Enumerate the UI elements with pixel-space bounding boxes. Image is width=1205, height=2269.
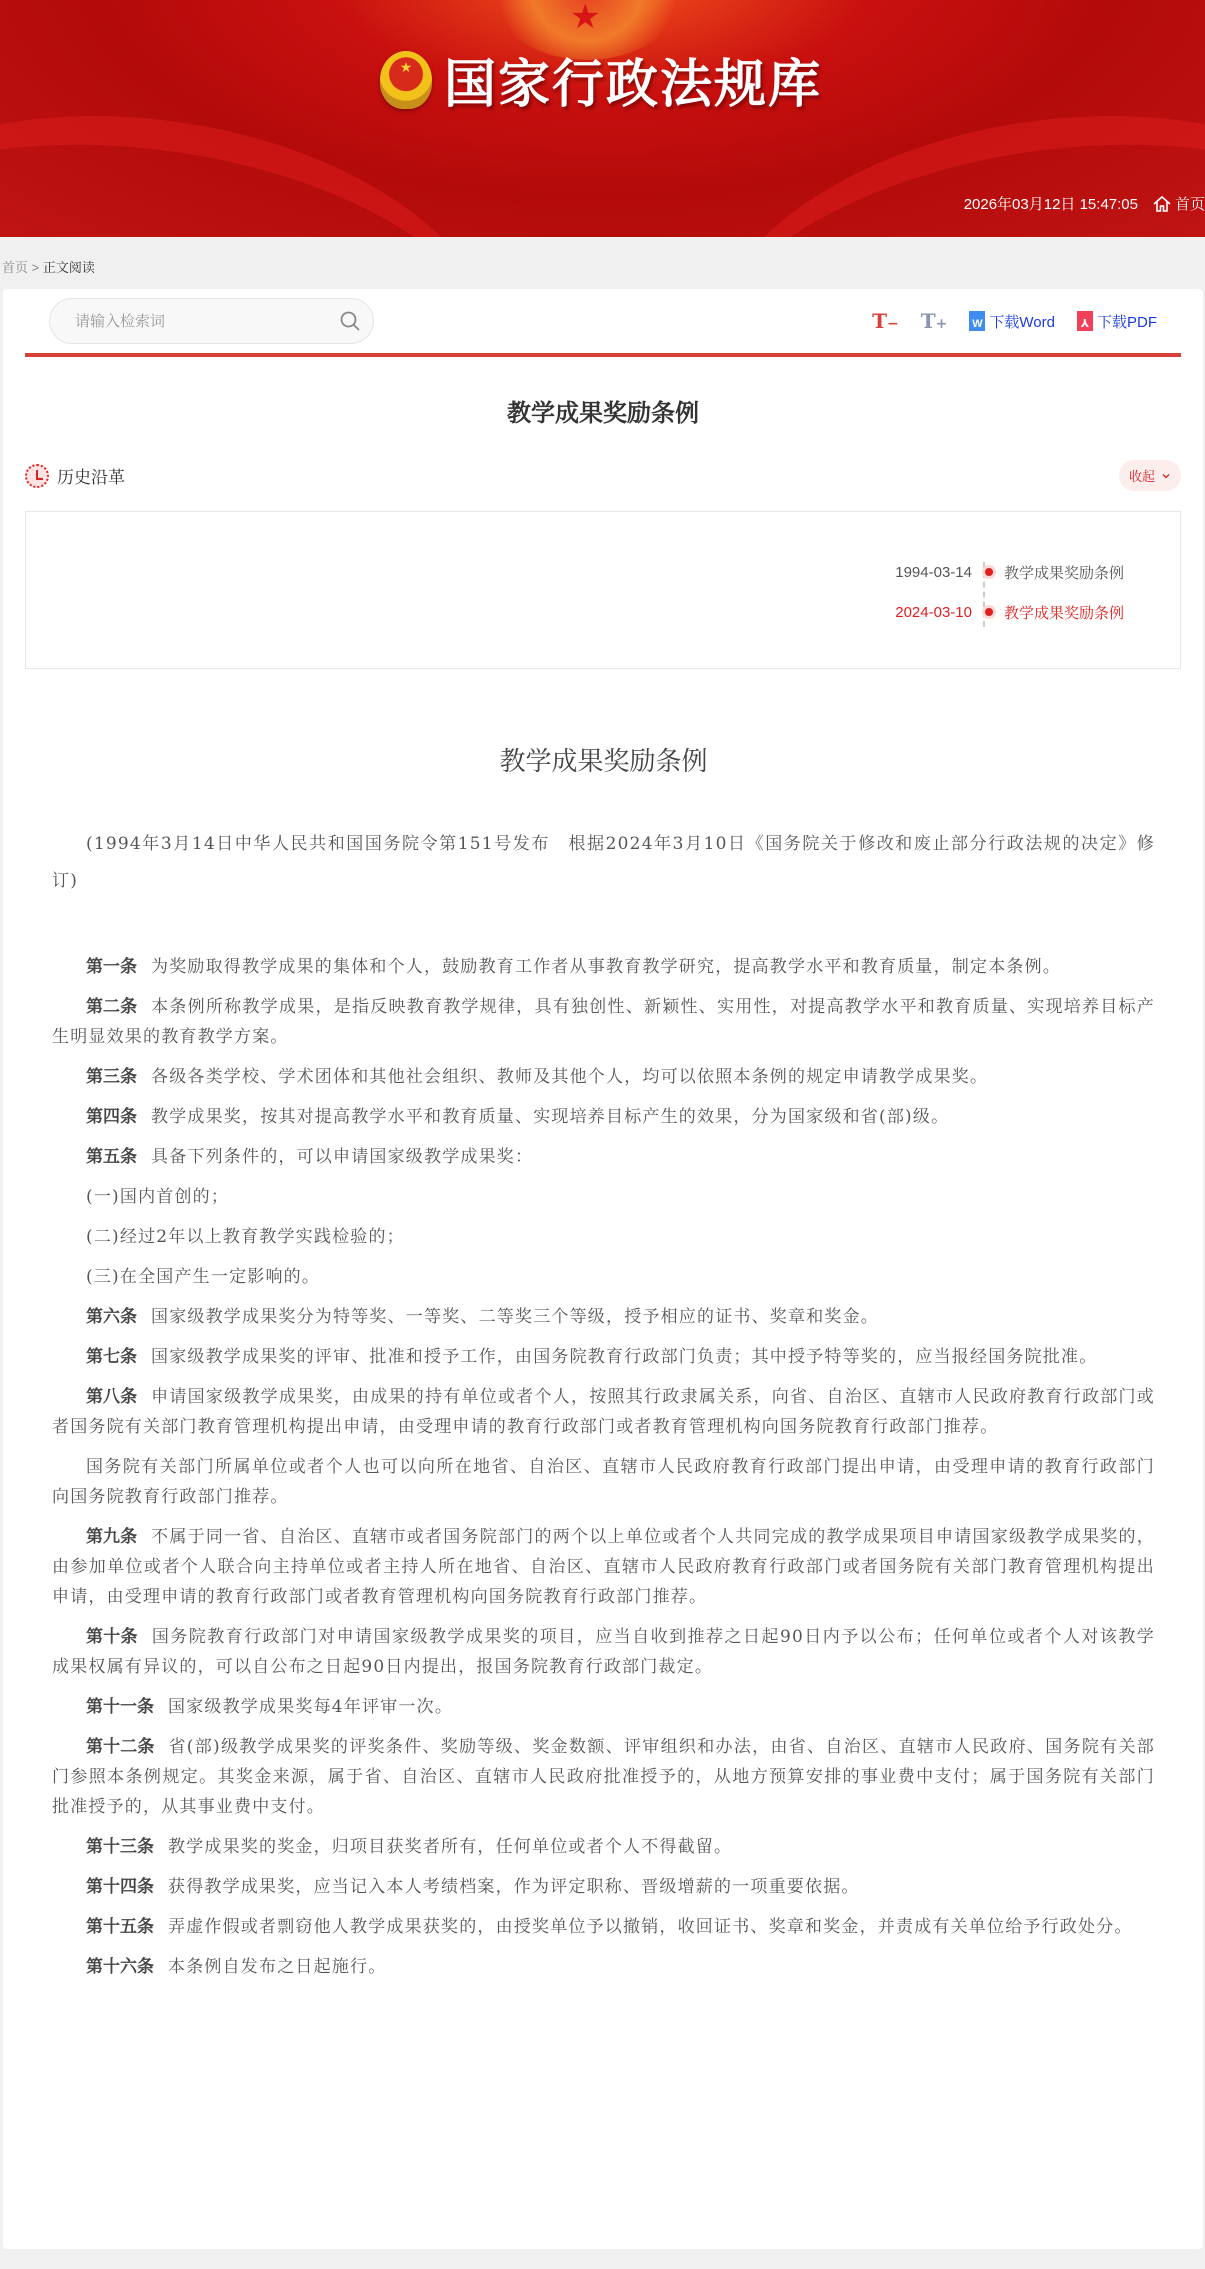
- document-paragraph: 第六条国家级教学成果奖分为特等奖、一等奖、二等奖三个等级，授予相应的证书、奖章和…: [52, 1302, 1155, 1332]
- article-text: 不属于同一省、自治区、直辖市或者国务院部门的两个以上单位或者个人共同完成的教学成…: [52, 1527, 1155, 1607]
- document-body: 第一条为奖励取得教学成果的集体和个人，鼓励教育工作者从事教育教学研究，提高教学水…: [52, 952, 1155, 1982]
- article-text: (二)经过2年以上教育教学实践检验的；: [86, 1227, 405, 1247]
- document-paragraph: (三)在全国产生一定影响的。: [52, 1262, 1155, 1292]
- history-timeline-panel: 1994-03-14 教学成果奖励条例 2024-03-10 教学成果奖励条例: [25, 511, 1181, 669]
- article-number: 第十一条: [86, 1697, 154, 1717]
- document-title: 教学成果奖励条例: [52, 741, 1155, 778]
- download-word-button[interactable]: W 下载Word: [969, 311, 1055, 332]
- article-text: 获得教学成果奖，应当记入本人考绩档案，作为评定职称、晋级增薪的一项重要依据。: [168, 1877, 860, 1897]
- article-text: 国家级教学成果奖每4年评审一次。: [168, 1697, 453, 1717]
- document-paragraph: 第九条不属于同一省、自治区、直辖市或者国务院部门的两个以上单位或者个人共同完成的…: [52, 1522, 1155, 1612]
- timeline-version-link[interactable]: 教学成果奖励条例: [1004, 602, 1124, 623]
- article-text: 弄虚作假或者剽窃他人教学成果获奖的，由授奖单位予以撤销，收回证书、奖章和奖金，并…: [168, 1917, 1133, 1937]
- article-number: 第十条: [86, 1627, 138, 1647]
- timeline-dot-icon: [982, 565, 996, 579]
- article-number: 第三条: [86, 1067, 137, 1087]
- document-paragraph: 第四条教学成果奖，按其对提高教学水平和教育质量、实现培养目标产生的效果，分为国家…: [52, 1102, 1155, 1132]
- reader-tools: T− T+ W 下载Word ⅄ 下载PDF: [872, 309, 1157, 333]
- article-number: 第四条: [86, 1107, 137, 1127]
- document-paragraph: 第三条各级各类学校、学术团体和其他社会组织、教师及其他个人，均可以依照本条例的规…: [52, 1062, 1155, 1092]
- site-title: 国家行政法规库: [444, 42, 822, 117]
- home-link-label: 首页: [1175, 193, 1205, 214]
- document-paragraph: 第十六条本条例自发布之日起施行。: [52, 1952, 1155, 1982]
- national-emblem-icon: ★: [380, 51, 432, 109]
- article-number: 第八条: [86, 1387, 137, 1407]
- home-link[interactable]: 首页: [1152, 193, 1205, 214]
- article-number: 第一条: [86, 957, 137, 977]
- document-paragraph: (二)经过2年以上教育教学实践检验的；: [52, 1222, 1155, 1252]
- download-pdf-button[interactable]: ⅄ 下载PDF: [1077, 311, 1157, 332]
- history-timeline: 1994-03-14 教学成果奖励条例 2024-03-10 教学成果奖励条例: [882, 552, 1124, 632]
- document-paragraph: 第一条为奖励取得教学成果的集体和个人，鼓励教育工作者从事教育教学研究，提高教学水…: [52, 952, 1155, 982]
- document-paragraph: 第五条具备下列条件的，可以申请国家级教学成果奖：: [52, 1142, 1155, 1172]
- article-text: 国务院有关部门所属单位或者个人也可以向所在地省、自治区、直辖市人民政府教育行政部…: [52, 1457, 1155, 1507]
- search-icon[interactable]: [339, 310, 361, 332]
- article-text: 国家级教学成果奖的评审、批准和授予工作，由国务院教育行政部门负责；其中授予特等奖…: [151, 1347, 1097, 1367]
- content-card: T− T+ W 下载Word ⅄ 下载PDF 教学成果奖励条例 历史沿革 收起: [3, 289, 1203, 2249]
- article-text: 国务院教育行政部门对申请国家级教学成果奖的项目，应当自收到推荐之日起90日内予以…: [52, 1627, 1155, 1677]
- article-text: 各级各类学校、学术团体和其他社会组织、教师及其他个人，均可以依照本条例的规定申请…: [151, 1067, 988, 1087]
- article-text: (三)在全国产生一定影响的。: [86, 1267, 320, 1287]
- document-paragraph: 第十三条教学成果奖的奖金，归项目获奖者所有，任何单位或者个人不得截留。: [52, 1832, 1155, 1862]
- search-box: [49, 298, 374, 344]
- breadcrumb: 首页 > 正文阅读: [0, 237, 1205, 289]
- timeline-dot-icon: [982, 605, 996, 619]
- article-number: 第七条: [86, 1347, 137, 1367]
- article-text: 本条例所称教学成果，是指反映教育教学规律，具有独创性、新颖性、实用性，对提高教学…: [52, 997, 1155, 1047]
- download-pdf-label: 下载PDF: [1097, 311, 1157, 332]
- document-paragraph: 第十条国务院教育行政部门对申请国家级教学成果奖的项目，应当自收到推荐之日起90日…: [52, 1622, 1155, 1682]
- word-file-icon: W: [969, 311, 985, 331]
- download-word-label: 下载Word: [989, 311, 1055, 332]
- article-text: 省(部)级教学成果奖的评奖条件、奖励等级、奖金数额、评审组织和办法，由省、自治区…: [52, 1737, 1155, 1817]
- document-paragraph: 第十一条国家级教学成果奖每4年评审一次。: [52, 1692, 1155, 1722]
- timeline-date: 2024-03-10: [882, 604, 972, 621]
- collapse-label: 收起: [1129, 466, 1155, 485]
- breadcrumb-current: 正文阅读: [43, 260, 95, 275]
- page-bottom-spacer: [0, 2249, 1205, 2268]
- article-text: 申请国家级教学成果奖，由成果的持有单位或者个人，按照其行政隶属关系，向省、自治区…: [52, 1387, 1155, 1437]
- document-paragraph: 第十四条获得教学成果奖，应当记入本人考绩档案，作为评定职称、晋级增薪的一项重要依…: [52, 1872, 1155, 1902]
- timeline-date: 1994-03-14: [882, 564, 972, 581]
- document-paragraph: 第八条申请国家级教学成果奖，由成果的持有单位或者个人，按照其行政隶属关系，向省、…: [52, 1382, 1155, 1442]
- article-number: 第六条: [86, 1307, 137, 1327]
- chevron-down-icon: [1161, 471, 1171, 481]
- article-number: 第九条: [86, 1527, 137, 1547]
- star-icon: ★: [570, 0, 600, 34]
- toolbar: T− T+ W 下载Word ⅄ 下载PDF: [25, 289, 1181, 357]
- document-paragraph: 第十五条弄虚作假或者剽窃他人教学成果获奖的，由授奖单位予以撤销，收回证书、奖章和…: [52, 1912, 1155, 1942]
- article-number: 第十三条: [86, 1837, 154, 1857]
- font-decrease-button[interactable]: T−: [872, 309, 899, 333]
- current-datetime: 2026年03月12日 15:47:05: [964, 193, 1138, 214]
- law-document: 教学成果奖励条例 (1994年3月14日中华人民共和国国务院令第151号发布 根…: [25, 741, 1181, 1982]
- article-text: 本条例自发布之日起施行。: [168, 1957, 386, 1977]
- house-icon: [1152, 194, 1172, 214]
- breadcrumb-separator: >: [32, 260, 40, 275]
- clock-icon: [25, 464, 49, 488]
- article-number: 第二条: [86, 997, 137, 1017]
- site-logo[interactable]: ★ 国家行政法规库: [380, 42, 822, 117]
- document-paragraph: 第二条本条例所称教学成果，是指反映教育教学规律，具有独创性、新颖性、实用性，对提…: [52, 992, 1155, 1052]
- article-text: 国家级教学成果奖分为特等奖、一等奖、二等奖三个等级，授予相应的证书、奖章和奖金。: [151, 1307, 879, 1327]
- article-number: 第十二条: [86, 1737, 154, 1757]
- header-right: 2026年03月12日 15:47:05 首页: [964, 193, 1205, 214]
- law-title: 教学成果奖励条例: [25, 393, 1181, 428]
- article-number: 第十六条: [86, 1957, 154, 1977]
- site-banner: ★ ★ 国家行政法规库 2026年03月12日 15:47:05 首页: [0, 0, 1205, 237]
- document-paragraph: 第七条国家级教学成果奖的评审、批准和授予工作，由国务院教育行政部门负责；其中授予…: [52, 1342, 1155, 1372]
- article-text: 教学成果奖，按其对提高教学水平和教育质量、实现培养目标产生的效果，分为国家级和省…: [151, 1107, 949, 1127]
- search-input[interactable]: [75, 313, 339, 330]
- article-text: 教学成果奖的奖金，归项目获奖者所有，任何单位或者个人不得截留。: [168, 1837, 732, 1857]
- timeline-item[interactable]: 1994-03-14 教学成果奖励条例: [882, 552, 1124, 592]
- breadcrumb-home[interactable]: 首页: [2, 260, 28, 275]
- article-number: 第十五条: [86, 1917, 154, 1937]
- history-label-text: 历史沿革: [57, 463, 125, 488]
- article-text: 具备下列条件的，可以申请国家级教学成果奖：: [151, 1147, 533, 1167]
- timeline-version-link[interactable]: 教学成果奖励条例: [1004, 562, 1124, 583]
- document-paragraph: 国务院有关部门所属单位或者个人也可以向所在地省、自治区、直辖市人民政府教育行政部…: [52, 1452, 1155, 1512]
- document-paragraph: 第十二条省(部)级教学成果奖的评奖条件、奖励等级、奖金数额、评审组织和办法，由省…: [52, 1732, 1155, 1822]
- pdf-file-icon: ⅄: [1077, 311, 1093, 331]
- document-paragraph: (一)国内首创的；: [52, 1182, 1155, 1212]
- history-header: 历史沿革 收起: [25, 460, 1181, 491]
- article-number: 第五条: [86, 1147, 137, 1167]
- timeline-item-active[interactable]: 2024-03-10 教学成果奖励条例: [882, 592, 1124, 632]
- article-number: 第十四条: [86, 1877, 154, 1897]
- collapse-button[interactable]: 收起: [1119, 460, 1181, 491]
- font-increase-button[interactable]: T+: [921, 309, 948, 333]
- article-text: 为奖励取得教学成果的集体和个人，鼓励教育工作者从事教育教学研究，提高教学水平和教…: [151, 957, 1061, 977]
- document-preamble: (1994年3月14日中华人民共和国国务院令第151号发布 根据2024年3月1…: [52, 826, 1155, 900]
- article-text: (一)国内首创的；: [86, 1187, 229, 1207]
- history-label: 历史沿革: [25, 463, 125, 488]
